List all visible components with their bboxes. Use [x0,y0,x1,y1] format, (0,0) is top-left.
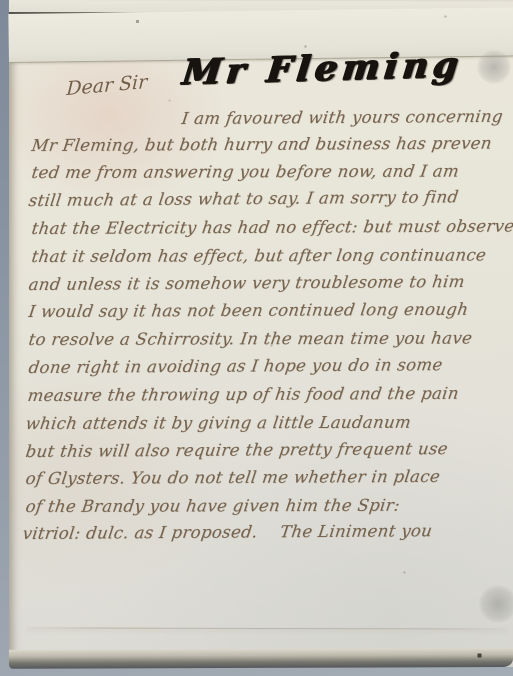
paper-smudge [479,585,513,623]
salutation: Dear Sir [66,71,148,100]
letter-line: ted me from answering you before now, an… [30,162,460,183]
letter-line: of Glysters. You do not tell me whether … [24,467,441,488]
page-bottom-edge [9,648,513,669]
letter-line: and unless it is somehow very troublesom… [27,272,466,294]
letter-page: Mr Fleming Dear Sir I am favoured with y… [9,0,513,667]
photo-backdrop: Mr Fleming Dear Sir I am favoured with y… [0,0,513,676]
letter-line: that it seldom has effect, but after lon… [30,245,487,266]
letter-line: done right in avoiding as I hope you do … [27,355,443,377]
letter-line: to resolve a Schirrosity. In the mean ti… [27,328,473,349]
letter-line: measure the throwing up of his food and … [26,384,460,405]
header-inscription: Mr Fleming [180,44,465,93]
paper-specks [9,0,10,1]
letter-line: which attends it by giving a little Laud… [24,413,412,433]
letter-line: I am favoured with yours concerning [180,107,504,128]
letter-line: but this will also require the pretty fr… [24,439,449,461]
paper-crease [27,627,507,629]
letter-line: vitriol: dulc. as I proposed. The Linime… [21,521,433,543]
paper-smudge [477,50,511,84]
letter-line: still much at a loss what to say. I am s… [27,187,459,210]
letter-line: that the Electricity has had no effect: … [30,216,513,238]
letter-line: I would say it has not been continued lo… [27,300,469,321]
letter-line: Mr Fleming, but both hurry and business … [30,134,493,155]
letter-line: of the Brandy you have given him the Spi… [24,496,401,516]
